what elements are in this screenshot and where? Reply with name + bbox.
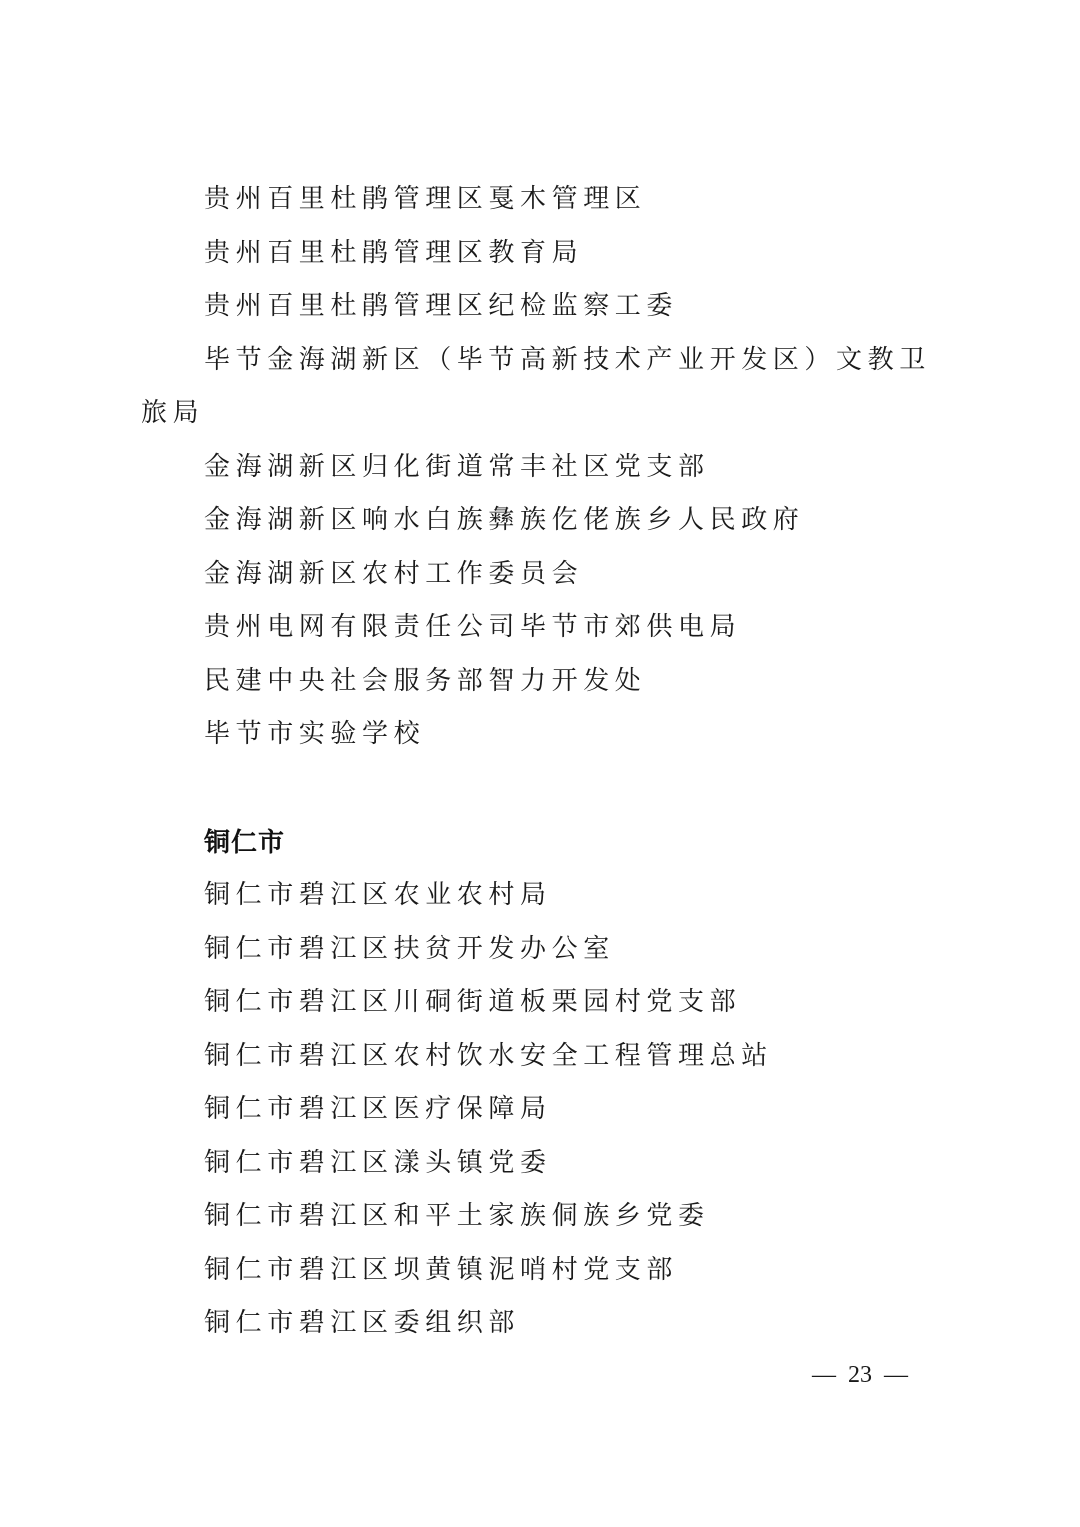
- list-item: 铜仁市碧江区扶贫开发办公室: [204, 934, 615, 964]
- section-heading-tongren: 铜仁市: [204, 828, 285, 858]
- list-item: 毕节金海湖新区（毕节高新技术产业开发区）文教卫: [204, 345, 931, 375]
- list-item-continuation: 旅局: [141, 398, 204, 428]
- list-item: 铜仁市碧江区和平土家族侗族乡党委: [204, 1201, 710, 1231]
- list-item: 铜仁市碧江区农村饮水安全工程管理总站: [204, 1041, 773, 1071]
- list-item: 贵州电网有限责任公司毕节市郊供电局: [204, 612, 741, 642]
- list-item: 民建中央社会服务部智力开发处: [204, 666, 646, 696]
- list-item: 铜仁市碧江区坝黄镇泥哨村党支部: [204, 1255, 678, 1285]
- list-item: 铜仁市碧江区川硐街道板栗园村党支部: [204, 987, 741, 1017]
- list-item: 金海湖新区响水白族彝族仡佬族乡人民政府: [204, 505, 804, 535]
- list-item: 铜仁市碧江区医疗保障局: [204, 1094, 552, 1124]
- list-item: 毕节市实验学校: [204, 719, 425, 749]
- page-number-dash-right: —: [884, 1360, 908, 1390]
- list-item: 贵州百里杜鹃管理区戛木管理区: [204, 184, 646, 214]
- list-item: 贵州百里杜鹃管理区教育局: [204, 238, 583, 268]
- list-item: 贵州百里杜鹃管理区纪检监察工委: [204, 291, 678, 321]
- list-item: 金海湖新区农村工作委员会: [204, 559, 583, 589]
- page-number-dash-left: —: [812, 1360, 836, 1390]
- document-page: 贵州百里杜鹃管理区戛木管理区 贵州百里杜鹃管理区教育局 贵州百里杜鹃管理区纪检监…: [0, 0, 1080, 1527]
- list-item: 铜仁市碧江区农业农村局: [204, 880, 552, 910]
- page-number: —23—: [812, 1360, 908, 1390]
- list-item: 铜仁市碧江区漾头镇党委: [204, 1148, 552, 1178]
- list-item: 铜仁市碧江区委组织部: [204, 1308, 520, 1338]
- page-number-value: 23: [848, 1360, 872, 1390]
- list-item: 金海湖新区归化街道常丰社区党支部: [204, 452, 710, 482]
